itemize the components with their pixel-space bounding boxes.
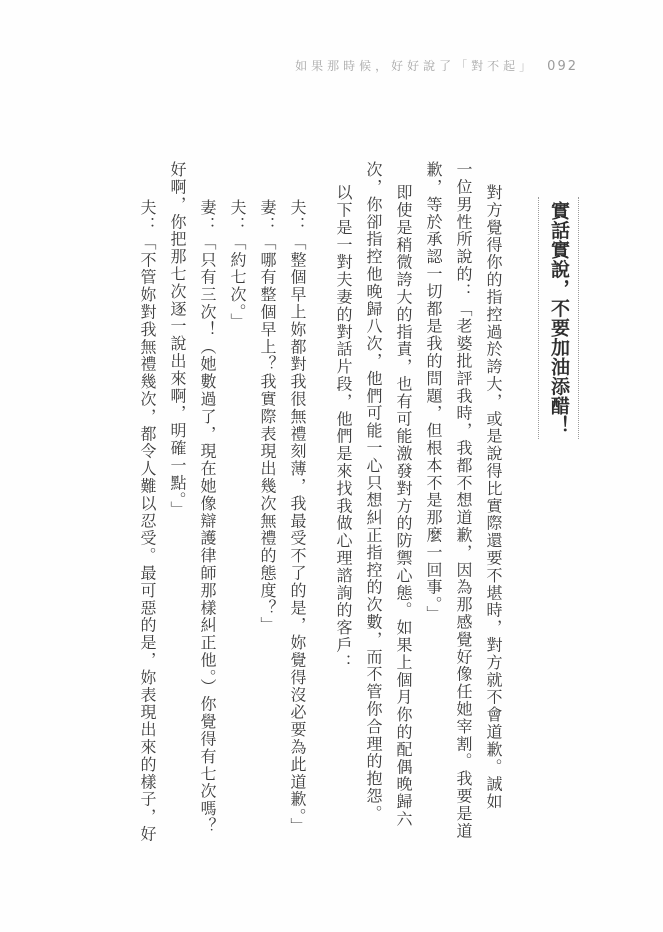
text-column-dialogue: 妻：「只有三次！（她數過了，現在她像辯護律師那樣糾正他。）你覺得有七次嗎？ bbox=[191, 161, 221, 894]
running-title: 如果那時候，好好說了「對不起」 bbox=[295, 57, 535, 74]
text-column: 歉，等於承認一切都是我的問題，但根本不是那麼一回事。」 bbox=[417, 161, 447, 856]
body-text-block: 對方覺得你的指控過於誇大，或是說得比實際還要不堪時，對方就不會道歉。誠如 一位男… bbox=[131, 161, 507, 861]
page-number: 092 bbox=[547, 59, 578, 74]
section-title: 實話實說，不要加油添醋！ bbox=[538, 197, 579, 439]
text-column: 以下是一對夫妻的對話片段，他們是來找我做心理諮詢的客戶： bbox=[327, 161, 357, 879]
text-column-dialogue: 夫：「不管妳對我無禮幾次，都令人難以忍受。最可惡的是，妳表現出來的樣子，好 bbox=[131, 161, 161, 894]
text-column: 一位男性所說的：「老婆批評我時，我都不想道歉，因為那感覺好像任她宰割。我要是道 bbox=[447, 161, 477, 856]
text-column: 即使是稍微誇大的指責，也有可能激發對方的防禦心態。如果上個月你的配偶晚歸六 bbox=[387, 161, 417, 879]
text-column: 對方覺得你的指控過於誇大，或是說得比實際還要不堪時，對方就不會道歉。誠如 bbox=[477, 161, 507, 879]
text-column-dialogue: 好啊，你把那七次逐一說出來啊，明確一點。」 bbox=[161, 161, 191, 856]
page-header: 如果那時候，好好說了「對不起」 092 bbox=[295, 57, 578, 74]
text-column: 次，你卻指控他晚歸八次，他們可能一心只想糾正指控的次數，而不管你合理的抱怨。 bbox=[357, 161, 387, 856]
text-column-dialogue: 夫：「整個早上妳都對我很無禮刻薄，我最受不了的是，妳覺得沒必要為此道歉。」 bbox=[281, 161, 311, 894]
text-column-dialogue: 妻：「哪有整個早上？我實際表現出幾次無禮的態度？」 bbox=[251, 161, 281, 894]
book-page: 如果那時候，好好說了「對不起」 092 實話實說，不要加油添醋！ 對方覺得你的指… bbox=[0, 0, 663, 932]
text-column-dialogue: 夫：「約七次。」 bbox=[221, 161, 251, 894]
